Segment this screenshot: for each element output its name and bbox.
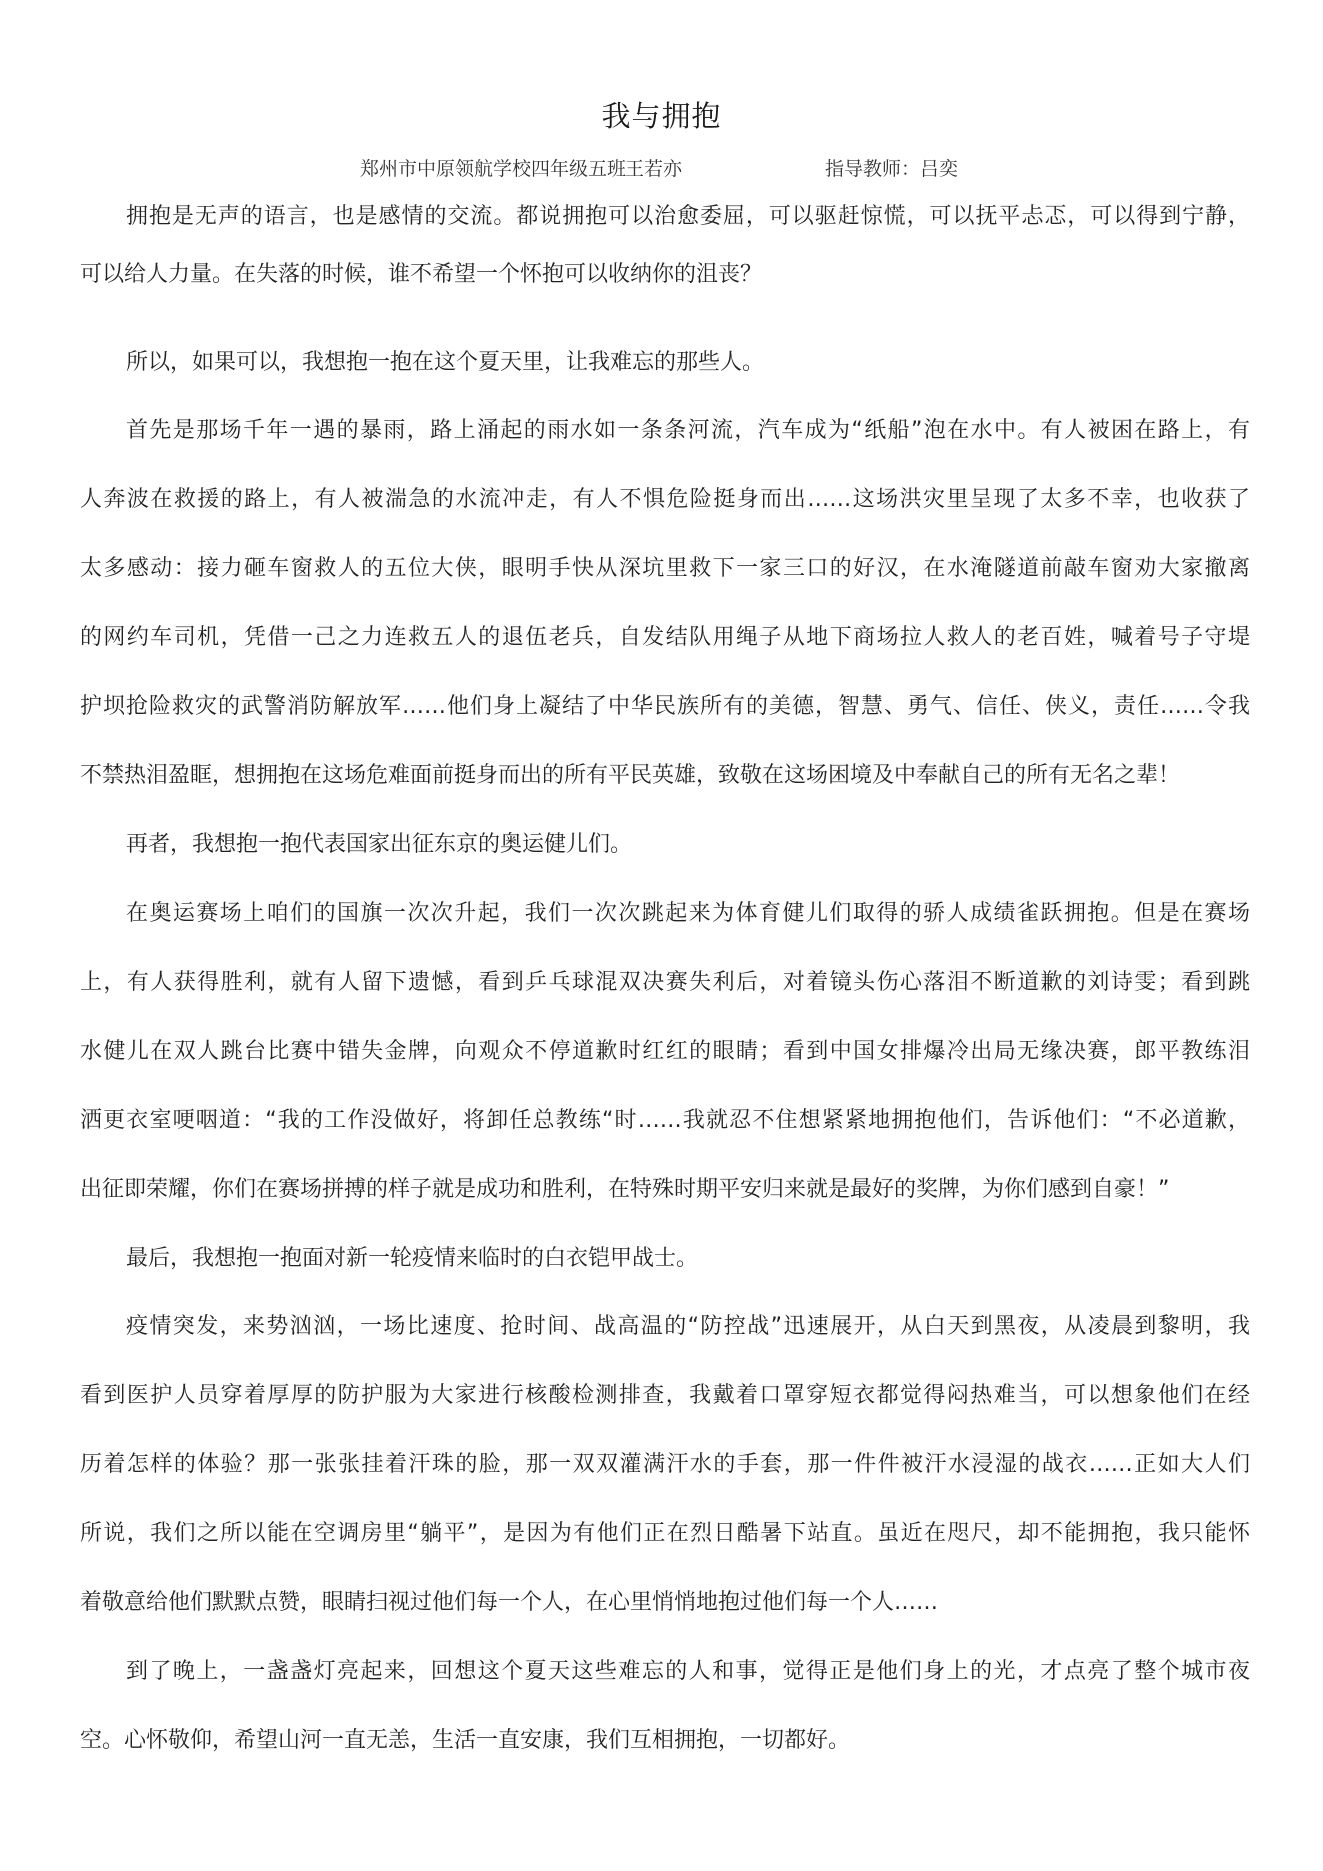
paragraph-5-line-1: 在奥运赛场上咱们的国旗一次次升起，我们一次次跳起来为体育健儿们取得的骄人成绩雀跃… (80, 894, 1250, 934)
byline-teacher: 指导教师：吕奕 (825, 154, 958, 184)
paragraph-5-line-5: 出征即荣耀，你们在赛场拼搏的样子就是成功和胜利，在特殊时期平安归来就是最好的奖牌… (80, 1170, 1250, 1210)
paragraph-3-line-3: 太多感动：接力砸车窗救人的五位大侠，眼明手快从深坑里救下一家三口的好汉，在水淹隧… (80, 549, 1250, 589)
paragraph-3-line-6: 不禁热泪盈眶，想拥抱在这场危难面前挺身而出的所有平民英雄，致敬在这场困境及中奉献… (80, 756, 1250, 796)
paragraph-7-line-5: 着敬意给他们默默点赞，眼睛扫视过他们每一个人，在心里悄悄地抱过他们每一个人…… (80, 1583, 1250, 1623)
paragraph-3-line-5: 护坝抢险救灾的武警消防解放军……他们身上凝结了中华民族所有的美德，智慧、勇气、信… (80, 687, 1250, 727)
paragraph-8-line-2: 空。心怀敬仰，希望山河一直无恙，生活一直安康，我们互相拥抱，一切都好。 (80, 1721, 1250, 1761)
paragraph-2-line-1: 所以，如果可以，我想抱一抱在这个夏天里，让我难忘的那些人。 (80, 343, 1250, 383)
paragraph-7-line-4: 所说，我们之所以能在空调房里“躺平”，是因为有他们正在烈日酷暑下站直。虽近在咫尺… (80, 1514, 1250, 1554)
byline-school: 郑州市中原领航学校四年级五班 (360, 154, 626, 184)
paragraph-4-line-1: 再者，我想抱一抱代表国家出征东京的奥运健儿们。 (80, 825, 1250, 865)
paragraph-1-line-2: 可以给人力量。在失落的时候，谁不希望一个怀抱可以收纳你的沮丧？ (80, 255, 1250, 295)
paragraph-8-line-1: 到了晚上，一盏盏灯亮起来，回想这个夏天这些难忘的人和事，觉得正是他们身上的光，才… (80, 1652, 1250, 1692)
paragraph-5-line-4: 洒更衣室哽咽道：“我的工作没做好，将卸任总教练“时……我就忍不住想紧紧地拥抱他们… (80, 1101, 1250, 1141)
paragraph-3-line-4: 的网约车司机，凭借一己之力连救五人的退伍老兵，自发结队用绳子从地下商场拉人救人的… (80, 618, 1250, 658)
paragraph-7-line-3: 历着怎样的体验？那一张张挂着汗珠的脸，那一双双灌满汗水的手套，那一件件被汗水浸湿… (80, 1445, 1250, 1485)
essay-title: 我与拥抱 (0, 96, 1323, 136)
paragraph-7-line-2: 看到医护人员穿着厚厚的防护服为大家进行核酸检测排查，我戴着口罩穿短衣都觉得闷热难… (80, 1376, 1250, 1416)
paragraph-1-line-1: 拥抱是无声的语言，也是感情的交流。都说拥抱可以治愈委屈，可以驱赶惊慌，可以抚平忐… (80, 197, 1250, 237)
paragraph-6-line-1: 最后，我想抱一抱面对新一轮疫情来临时的白衣铠甲战士。 (80, 1239, 1250, 1279)
byline-student: 王若亦 (625, 154, 682, 184)
paragraph-3-line-1: 首先是那场千年一遇的暴雨，路上涌起的雨水如一条条河流，汽车成为“纸船”泡在水中。… (80, 411, 1250, 451)
document-page: 我与拥抱 郑州市中原领航学校四年级五班 王若亦 指导教师：吕奕 拥抱是无声的语言… (0, 0, 1323, 1871)
paragraph-7-line-1: 疫情突发，来势汹汹，一场比速度、抢时间、战高温的“防控战”迅速展开，从白天到黑夜… (80, 1307, 1250, 1347)
paragraph-3-line-2: 人奔波在救援的路上，有人被湍急的水流冲走，有人不惧危险挺身而出……这场洪灾里呈现… (80, 480, 1250, 520)
paragraph-5-line-2: 上，有人获得胜利，就有人留下遗憾，看到乒乓球混双决赛失利后，对着镜头伤心落泪不断… (80, 963, 1250, 1003)
paragraph-5-line-3: 水健儿在双人跳台比赛中错失金牌，向观众不停道歉时红红的眼睛；看到中国女排爆冷出局… (80, 1032, 1250, 1072)
